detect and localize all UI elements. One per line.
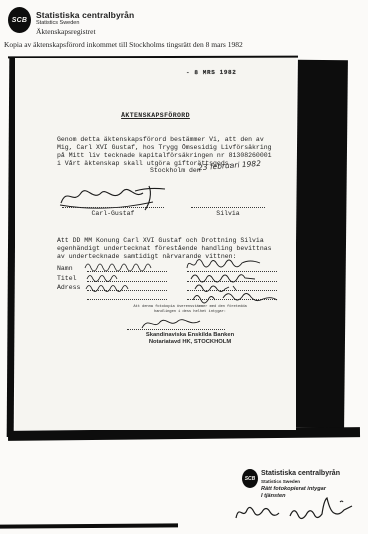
- register-name: Äktenskapsregistret: [36, 27, 96, 36]
- certifier-signature: [232, 496, 366, 526]
- footer-org-name: Statistiska centralbyrån: [261, 470, 340, 477]
- handwritten-date: 23 februari 1982: [198, 160, 261, 172]
- witness-line: Att DD MM Konung Carl XVI Gustaf och Dro…: [57, 237, 292, 245]
- witness-field-label: Namn: [57, 265, 73, 273]
- scanned-document-page: SCB Statistiska centralbyrån Statistics …: [0, 0, 368, 534]
- prenup-document: - 8 MRS 1982 ÄKTENSKAPSFÖRORD Genom dett…: [15, 58, 296, 430]
- footer-attest-line: Rätt fotokopierat intygar: [261, 486, 326, 492]
- witness-field-label: Titel: [57, 275, 77, 283]
- scb-logo: SCB: [8, 7, 31, 33]
- signature-line-silvia: [191, 206, 265, 208]
- scb-logo-text: SCB: [12, 17, 27, 24]
- signatory-name: Carl-Gustaf: [62, 210, 164, 218]
- scan-artifact-line: [0, 523, 178, 528]
- notary-attestation: Att denna fotokopia överensstämmer med d…: [110, 305, 270, 314]
- signature-line-carl-gustaf: [62, 206, 164, 208]
- copy-description-line: Kopia av äktenskapsförord inkommet till …: [4, 40, 243, 49]
- notary-department: Notariatavd HK, STOCKHOLM: [110, 338, 270, 346]
- photocopy-area: - 8 MRS 1982 ÄKTENSKAPSFÖRORD Genom dett…: [0, 55, 368, 445]
- org-name: Statistiska centralbyrån: [36, 10, 134, 20]
- witness-dotted-line: [87, 298, 167, 300]
- scb-logo-text: SCB: [245, 476, 256, 482]
- body-line: Genom detta äktenskapsförord bestämmer V…: [57, 136, 287, 144]
- witness-handwriting-left: [83, 258, 169, 298]
- place-date-label: Stockholm den: [150, 167, 201, 175]
- footer-org-name-english: Statistics Sweden: [261, 479, 300, 484]
- notary-signature-line: [127, 328, 225, 330]
- body-line: Mig, Carl XVI Gustaf, hos Trygg Ömsesidi…: [57, 144, 287, 152]
- notary-attest-line: Att denna fotokopia överensstämmer med d…: [110, 305, 270, 310]
- witness-line: egenhändigt undertecknat förestående han…: [57, 245, 292, 253]
- received-date-stamp: - 8 MRS 1982: [186, 69, 236, 77]
- signatory-name: Silvia: [191, 210, 265, 218]
- witness-field-label: Adress: [57, 284, 80, 292]
- witness-handwriting-right: [183, 256, 295, 306]
- org-name-english: Statistics Sweden: [36, 20, 79, 26]
- scb-logo-footer: SCB: [242, 469, 258, 488]
- photocopy-border-right: [294, 60, 348, 429]
- notary-attest-line: handlingen i dess helhet intygar:: [110, 310, 270, 315]
- document-title: ÄKTENSKAPSFÖRORD: [15, 112, 296, 120]
